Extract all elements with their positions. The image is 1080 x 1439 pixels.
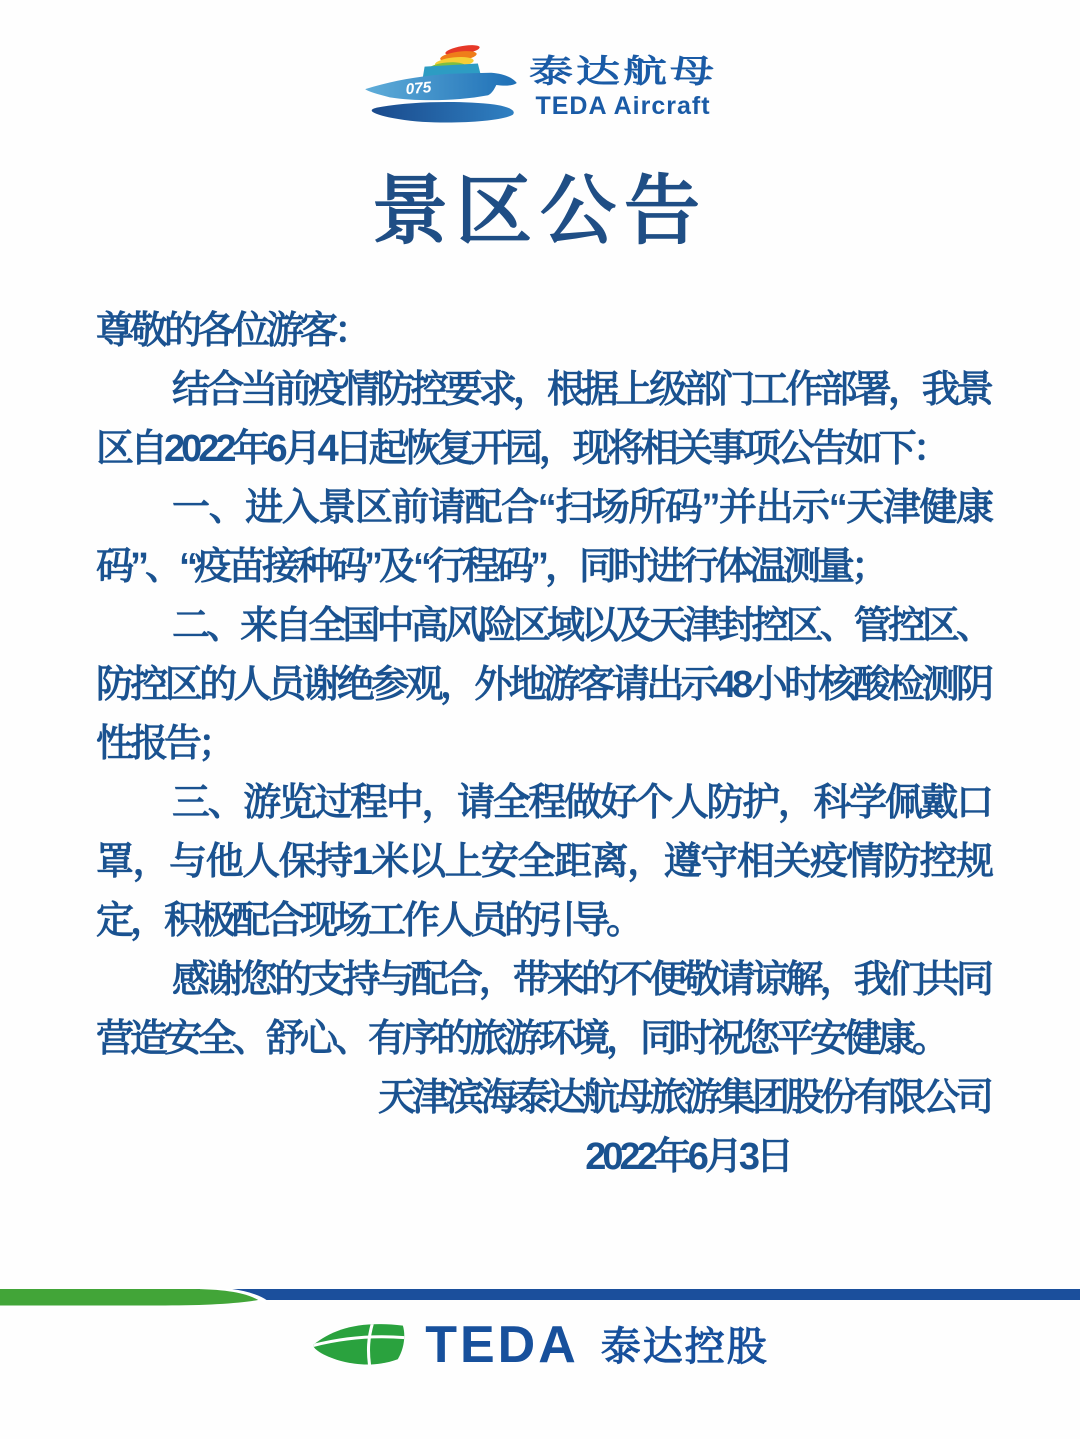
ship-number-label: 075 [405, 79, 432, 98]
footer-brand-en: TEDA [425, 1319, 579, 1371]
announcement-poster: 075 泰达航母 TEDA Aircraft 景区公告 尊敬的各位游客： 结合当… [0, 0, 1080, 1439]
signature-date: 2022年6月3日 [96, 1128, 990, 1187]
paragraph-item-2: 二、来自全国中高风险区域以及天津封控区、管控区、防控区的人员谢绝参观，外地游客请… [96, 597, 990, 774]
paragraph-thanks: 感谢您的支持与配合，带来的不便敬请谅解，我们共同营造安全、舒心、有序的旅游环境，… [96, 951, 990, 1069]
paragraph-intro: 结合当前疫情防控要求，根据上级部门工作部署，我景区自2022年6月4日起恢复开园… [96, 361, 990, 479]
paragraph-item-1: 一、进入景区前请配合“扫场所码”并出示“天津健康码”、“疫苗接种码”及“行程码”… [96, 479, 990, 597]
brand-name-cn: 泰达航母 [529, 56, 717, 88]
brand-text-block: 泰达航母 TEDA Aircraft [529, 50, 717, 119]
brand-name-en: TEDA Aircraft [535, 94, 710, 119]
header-logo: 075 泰达航母 TEDA Aircraft [0, 42, 1080, 126]
aircraft-carrier-ship-icon: 075 [363, 42, 519, 126]
salutation: 尊敬的各位游客： [96, 302, 990, 361]
footer-logo: TEDA 泰达控股 [0, 1318, 1080, 1372]
footer-divider-bar [0, 1289, 1080, 1307]
signature-company: 天津滨海泰达航母旅游集团股份有限公司 [96, 1069, 990, 1128]
teda-leaf-icon [311, 1318, 409, 1372]
announcement-body: 尊敬的各位游客： 结合当前疫情防控要求，根据上级部门工作部署，我景区自2022年… [96, 302, 990, 1187]
paragraph-item-3: 三、游览过程中，请全程做好个人防护，科学佩戴口罩，与他人保持1米以上安全距离，遵… [96, 774, 990, 951]
page-title: 景区公告 [0, 174, 1080, 250]
footer-brand-cn: 泰达控股 [601, 1323, 769, 1367]
